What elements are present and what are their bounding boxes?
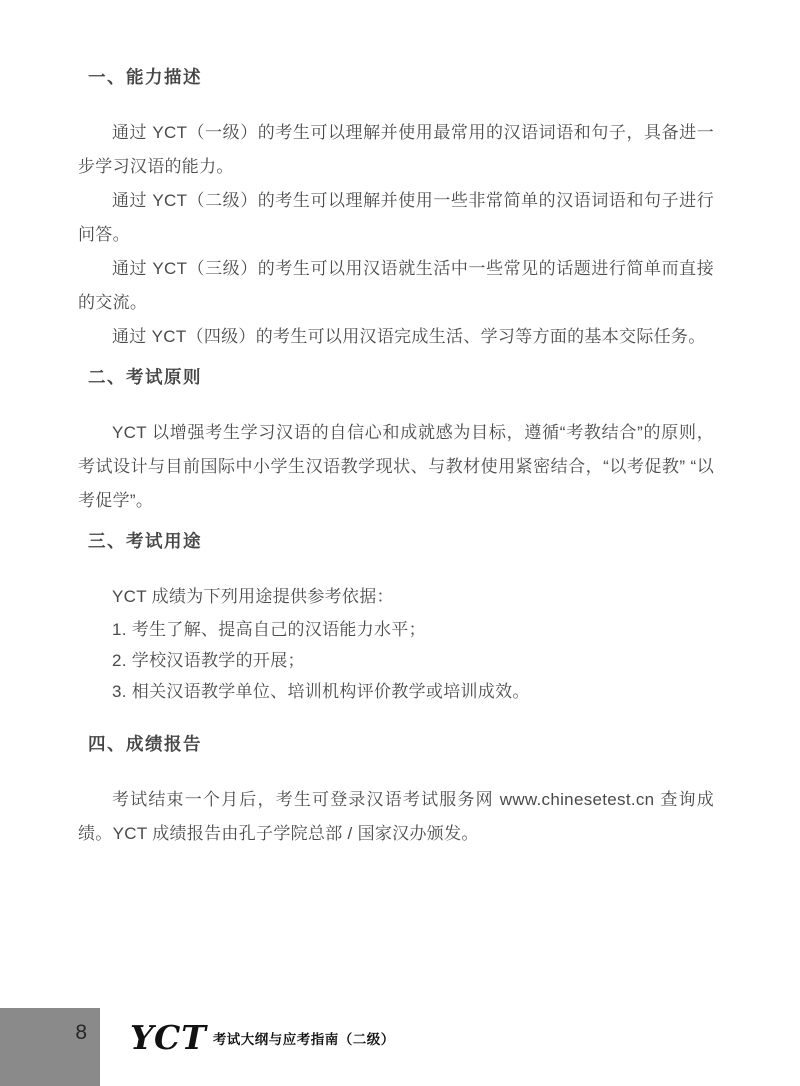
yct-logo: YCT: [130, 1021, 207, 1054]
document-body: 一、能力描述 通过 YCT（一级）的考生可以理解并使用最常用的汉语词语和句子，具…: [78, 66, 714, 851]
section-heading: 一、能力描述: [78, 66, 714, 88]
paragraph: 考试结束一个月后，考生可登录汉语考试服务网 www.chinesetest.cn…: [78, 783, 714, 851]
paragraph: 通过 YCT（一级）的考生可以理解并使用最常用的汉语词语和句子，具备进一步学习汉…: [78, 116, 714, 184]
footer-brand: YCT 考试大纲与应考指南（二级）: [130, 1008, 395, 1066]
paragraph: YCT 成绩为下列用途提供参考依据：: [78, 580, 714, 614]
page-number-box: 8: [0, 1008, 100, 1086]
section-heading: 四、成绩报告: [78, 733, 714, 755]
page-number: 8: [75, 1021, 87, 1044]
section-ability-description: 一、能力描述 通过 YCT（一级）的考生可以理解并使用最常用的汉语词语和句子，具…: [78, 66, 714, 354]
list-item: 3. 相关汉语教学单位、培训机构评价教学或培训成效。: [78, 676, 714, 707]
paragraph: YCT 以增强考生学习汉语的自信心和成就感为目标，遵循“考教结合”的原则，考试设…: [78, 416, 714, 518]
section-exam-principles: 二、考试原则 YCT 以增强考生学习汉语的自信心和成就感为目标，遵循“考教结合”…: [78, 366, 714, 518]
section-heading: 三、考试用途: [78, 530, 714, 552]
section-exam-uses: 三、考试用途 YCT 成绩为下列用途提供参考依据： 1. 考生了解、提高自己的汉…: [78, 530, 714, 707]
section-heading: 二、考试原则: [78, 366, 714, 388]
book-title: 考试大纲与应考指南（二级）: [213, 1026, 395, 1048]
list-item: 1. 考生了解、提高自己的汉语能力水平；: [78, 614, 714, 645]
paragraph: 通过 YCT（三级）的考生可以用汉语就生活中一些常见的话题进行简单而直接的交流。: [78, 252, 714, 320]
list-item: 2. 学校汉语教学的开展；: [78, 645, 714, 676]
paragraph: 通过 YCT（二级）的考生可以理解并使用一些非常简单的汉语词语和句子进行问答。: [78, 184, 714, 252]
paragraph: 通过 YCT（四级）的考生可以用汉语完成生活、学习等方面的基本交际任务。: [78, 320, 714, 354]
section-score-report: 四、成绩报告 考试结束一个月后，考生可登录汉语考试服务网 www.chinese…: [78, 733, 714, 851]
